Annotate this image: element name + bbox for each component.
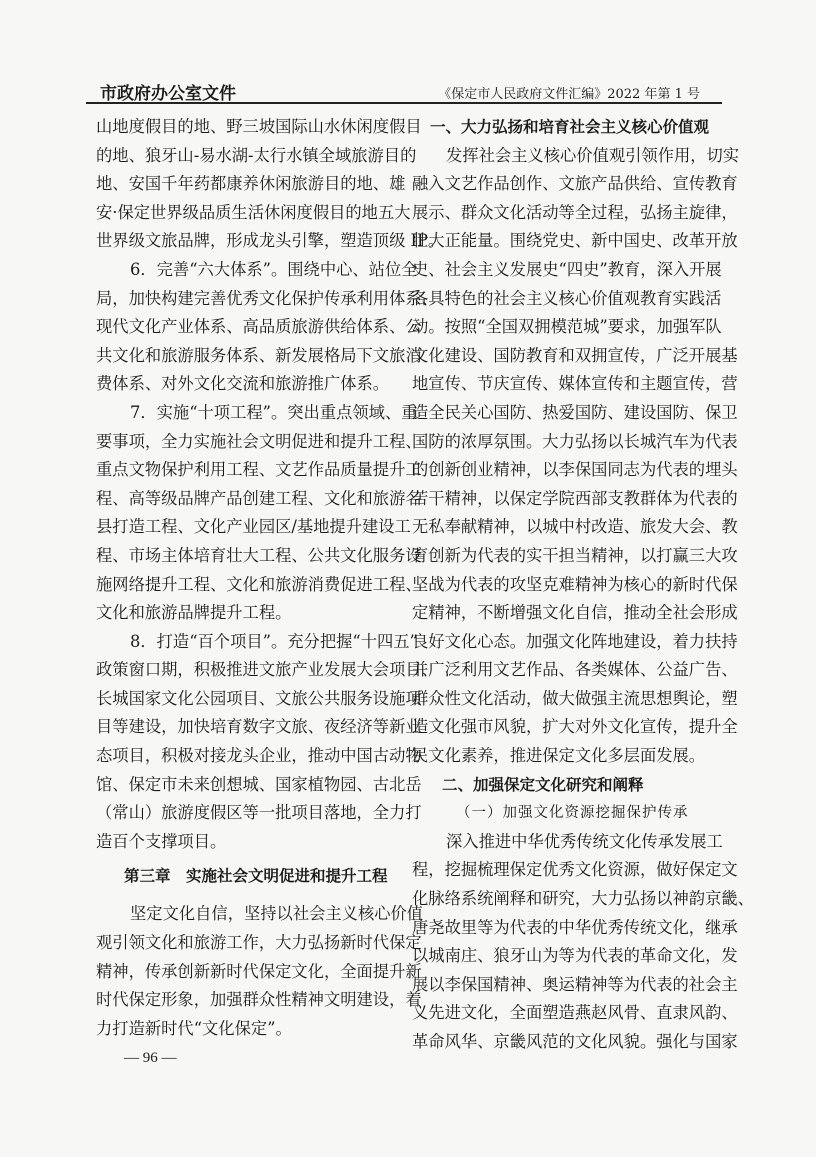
text-line: 要事项，全力实施社会文明促进和提升工程、	[96, 428, 394, 457]
left-column: 山地度假目的地、野三坡国际山水休闲度假目 的地、狼牙山-易水湖-太行水镇全域旅游…	[96, 113, 394, 1043]
text-line: 良好文化心态。加强文化阵地建设，着力扶持	[412, 628, 714, 657]
right-column: 一、大力弘扬和培育社会主义核心价值观 发挥社会主义核心价值观引领作用，切实 融入…	[412, 113, 714, 1057]
text-line: 动。按照“全国双拥模范城”要求，加强军队	[412, 313, 714, 342]
text-line: 的地、狼牙山-易水湖-太行水镇全域旅游目的	[96, 142, 394, 171]
text-line: 定精神，不断增强文化自信，推动全社会形成	[412, 599, 714, 628]
text-line: 文化和旅游品牌提升工程。	[96, 599, 394, 628]
text-line: 局，加快构建完善优秀文化保护传承利用体系、	[96, 285, 394, 314]
text-line: 县打造工程、文化产业园区/基地提升建设工	[96, 513, 394, 542]
text-line: 唐尧故里等为代表的中华优秀传统文化，继承	[412, 914, 714, 943]
text-line: 力打造新时代“文化保定”。	[96, 1015, 394, 1044]
text-line: 化脉络系统阐释和研究，大力弘扬以神韵京畿、	[412, 885, 714, 914]
text-line: 观引领文化和旅游工作，大力弘扬新时代保定	[96, 929, 394, 958]
item-7-line: 7．实施“十项工程”。突出重点领域、重	[96, 399, 394, 428]
chapter-heading: 第三章 实施社会文明促进和提升工程	[96, 856, 394, 894]
text-line: 长城国家文化公园项目、文旅公共服务设施项	[96, 685, 394, 714]
text-line: 融入文艺作品创作、文旅产品供给、宣传教育	[412, 170, 714, 199]
text-line: 无私奉献精神，以城中村改造、旅发大会、教	[412, 513, 714, 542]
section-2-heading: 二、加强保定文化研究和阐释	[412, 771, 714, 800]
text-line: 精神，传承创新新时代保定文化，全面提升新	[96, 958, 394, 987]
text-line: 壮大正能量。围绕党史、新中国史、改革开放	[412, 227, 714, 256]
text-line: 费体系、对外文化交流和旅游推广体系。	[96, 370, 394, 399]
subsection-1-heading: （一）加强文化资源挖掘保护传承	[412, 799, 714, 828]
item-6-line: 6．完善“六大体系”。围绕中心、站位全	[96, 256, 394, 285]
text-line: 国防的浓厚氛围。大力弘扬以长城汽车为代表	[412, 428, 714, 457]
item-8-line: 8．打造“百个项目”。充分把握“十四五”	[96, 628, 394, 657]
text-line: 山地度假目的地、野三坡国际山水休闲度假目	[96, 113, 394, 142]
header-publication-title: 《保定市人民政府文件汇编》2022 年第 1 号	[438, 83, 700, 102]
text-line: 世界级文旅品牌，形成龙头引擎，塑造顶级 IP。	[96, 227, 394, 256]
page-number: — 96 —	[124, 1050, 177, 1067]
text-line: 革命风华、京畿风范的文化风貌。强化与国家	[412, 1028, 714, 1057]
text-line: 各具特色的社会主义核心价值观教育实践活	[412, 285, 714, 314]
text-line: 以城南庄、狼牙山为等为代表的革命文化，发	[412, 942, 714, 971]
text-line: 时代保定形象，加强群众性精神文明建设，着	[96, 986, 394, 1015]
text-line: 政策窗口期，积极推进文旅产业发展大会项目、	[96, 656, 394, 685]
text-line: 苦干精神，以保定学院西部支教群体为代表的	[412, 485, 714, 514]
text-line: 史、社会主义发展史“四史”教育，深入开展	[412, 256, 714, 285]
text-line: 态项目，积极对接龙头企业，推动中国古动物	[96, 742, 394, 771]
text-line: 发挥社会主义核心价值观引领作用，切实	[412, 142, 714, 171]
header-divider	[86, 102, 722, 104]
text-line: 展示、群众文化活动等全过程，弘扬主旋律，	[412, 199, 714, 228]
text-line: 育创新为代表的实干担当精神，以打赢三大攻	[412, 542, 714, 571]
text-line: 造百个支撑项目。	[96, 828, 394, 857]
text-line: 的创新创业精神，以李保国同志为代表的埋头	[412, 456, 714, 485]
text-line: 群众性文化活动，做大做强主流思想舆论，塑	[412, 685, 714, 714]
text-line: 程，挖掘梳理保定优秀文化资源，做好保定文	[412, 856, 714, 885]
text-line: 地、安国千年药都康养休闲旅游目的地、雄	[96, 170, 394, 199]
text-line: 目等建设，加快培育数字文旅、夜经济等新业	[96, 713, 394, 742]
text-line: 安·保定世界级品质生活休闲度假目的地五大	[96, 199, 394, 228]
text-line: 造文化强市风貌，扩大对外文化宣传，提升全	[412, 713, 714, 742]
text-line: 展以李保国精神、奥运精神等为代表的社会主	[412, 971, 714, 1000]
chapter-intro-line: 坚定文化自信，坚持以社会主义核心价值	[96, 900, 394, 929]
text-line: 文化建设、国防教育和双拥宣传，广泛开展基	[412, 342, 714, 371]
text-line: 施网络提升工程、文化和旅游消费促进工程、	[96, 571, 394, 600]
text-line: 义先进文化，全面塑造燕赵风骨、直隶风韵、	[412, 999, 714, 1028]
text-line: 共文化和旅游服务体系、新发展格局下文旅消	[96, 342, 394, 371]
text-line: （常山）旅游度假区等一批项目落地，全力打	[96, 799, 394, 828]
text-line: 造全民关心国防、热爱国防、建设国防、保卫	[412, 399, 714, 428]
text-line: 现代文化产业体系、高品质旅游供给体系、公	[96, 313, 394, 342]
text-line: 地宣传、节庆宣传、媒体宣传和主题宣传，营	[412, 370, 714, 399]
section-1-heading: 一、大力弘扬和培育社会主义核心价值观	[412, 113, 714, 142]
text-line: 程、高等级品牌产品创建工程、文化和旅游名	[96, 485, 394, 514]
text-line: 并广泛利用文艺作品、各类媒体、公益广告、	[412, 656, 714, 685]
text-line: 深入推进中华优秀传统文化传承发展工	[412, 828, 714, 857]
text-line: 重点文物保护利用工程、文艺作品质量提升工	[96, 456, 394, 485]
text-line: 馆、保定市未来创想城、国家植物园、古北岳	[96, 771, 394, 800]
text-line: 坚战为代表的攻坚克难精神为核心的新时代保	[412, 571, 714, 600]
text-line: 民文化素养，推进保定文化多层面发展。	[412, 742, 714, 771]
text-line: 程、市场主体培育壮大工程、公共文化服务设	[96, 542, 394, 571]
header-office-title: 市政府办公室文件	[100, 79, 236, 104]
